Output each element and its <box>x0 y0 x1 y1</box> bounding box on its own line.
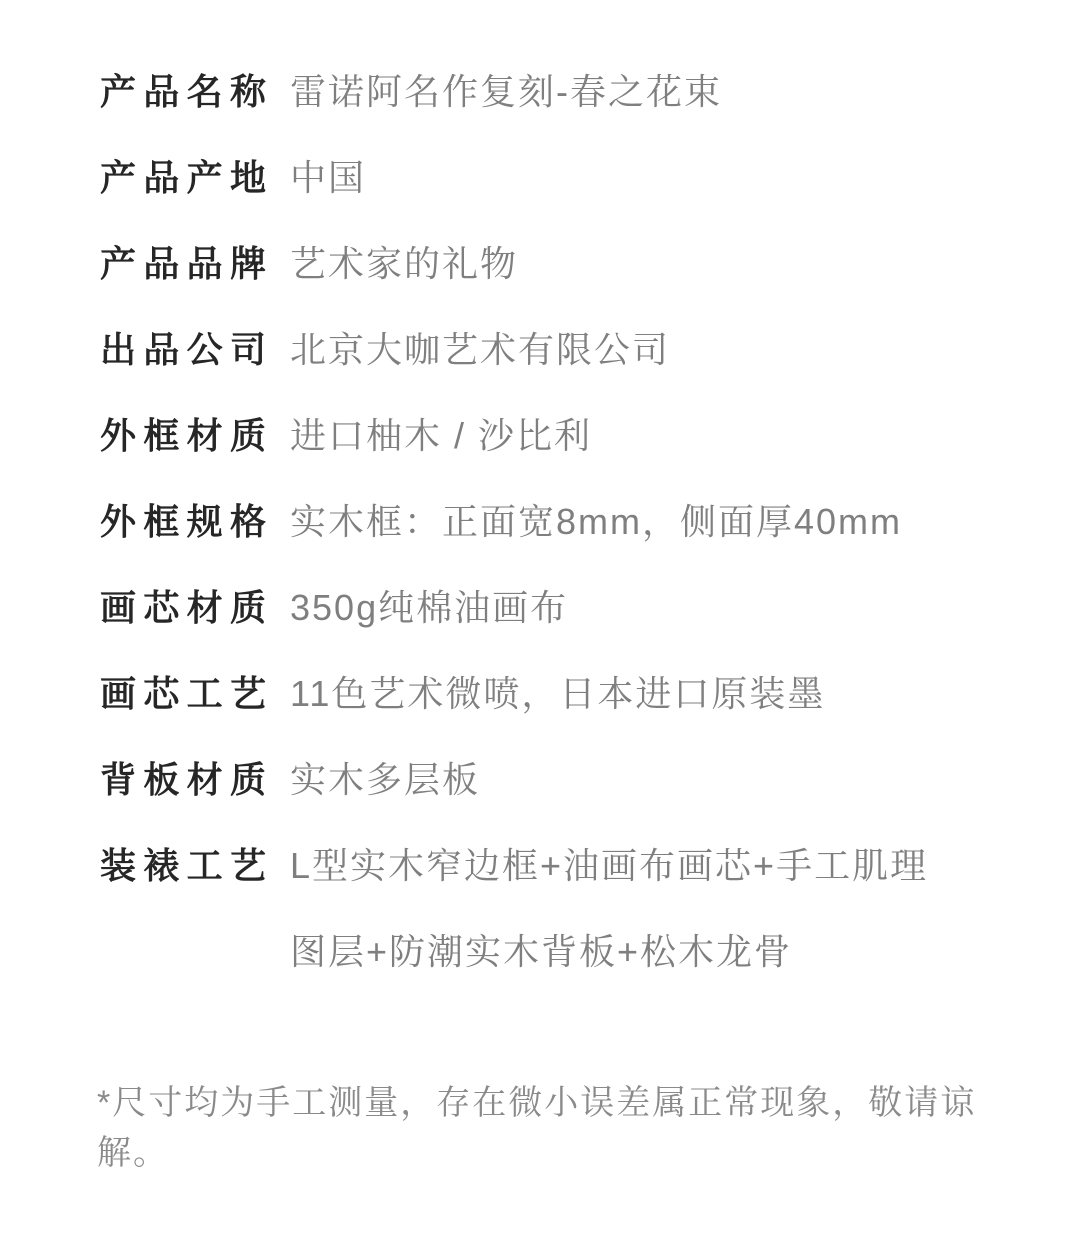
spec-label: 外框规格 <box>100 479 266 565</box>
spec-label: 出品公司 <box>100 307 266 393</box>
product-spec-list: 产品名称 雷诺阿名作复刻-春之花束 产品产地 中国 产品品牌 艺术家的礼物 出品… <box>100 49 962 995</box>
spec-label: 产品品牌 <box>100 221 266 307</box>
spec-value: 11色艺术微喷，日本进口原装墨 <box>290 651 962 737</box>
spec-value: 350g纯棉油画布 <box>290 565 962 651</box>
spec-label: 画芯材质 <box>100 565 266 651</box>
spec-value: 雷诺阿名作复刻-春之花束 <box>290 49 962 135</box>
spec-label: 产品名称 <box>100 49 266 135</box>
spec-row-canvas-material: 画芯材质 350g纯棉油画布 <box>100 565 962 651</box>
spec-value: 进口柚木 / 沙比利 <box>290 393 962 479</box>
spec-row-origin: 产品产地 中国 <box>100 135 962 221</box>
spec-label: 产品产地 <box>100 135 266 221</box>
spec-row-brand: 产品品牌 艺术家的礼物 <box>100 221 962 307</box>
measurement-disclaimer-note: *尺寸均为手工测量，存在微小误差属正常现象，敬请谅解。 <box>97 1078 1017 1178</box>
spec-value: 实木多层板 <box>290 737 962 823</box>
spec-label: 装裱工艺 <box>100 823 266 909</box>
spec-value: 中国 <box>290 135 962 221</box>
spec-row-canvas-craft: 画芯工艺 11色艺术微喷，日本进口原装墨 <box>100 651 962 737</box>
spec-label: 外框材质 <box>100 393 266 479</box>
spec-value: L型实木窄边框+油画布画芯+手工肌理图层+防潮实木背板+松木龙骨 <box>290 823 962 995</box>
spec-value: 实木框：正面宽8mm，侧面厚40mm <box>290 479 962 565</box>
spec-row-frame-size: 外框规格 实木框：正面宽8mm，侧面厚40mm <box>100 479 962 565</box>
spec-value: 艺术家的礼物 <box>290 221 962 307</box>
spec-row-product-name: 产品名称 雷诺阿名作复刻-春之花束 <box>100 49 962 135</box>
spec-label: 画芯工艺 <box>100 651 266 737</box>
spec-row-backboard-material: 背板材质 实木多层板 <box>100 737 962 823</box>
spec-row-mounting-craft: 装裱工艺 L型实木窄边框+油画布画芯+手工肌理图层+防潮实木背板+松木龙骨 <box>100 823 962 995</box>
spec-label: 背板材质 <box>100 737 266 823</box>
spec-row-company: 出品公司 北京大咖艺术有限公司 <box>100 307 962 393</box>
spec-row-frame-material: 外框材质 进口柚木 / 沙比利 <box>100 393 962 479</box>
spec-value: 北京大咖艺术有限公司 <box>290 307 962 393</box>
